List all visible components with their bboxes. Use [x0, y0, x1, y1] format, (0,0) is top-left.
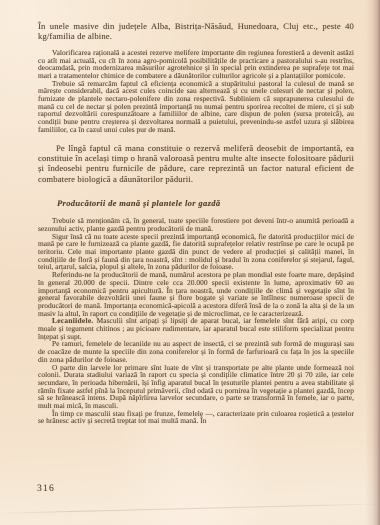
body-paragraph: Valorificarea rațională a acestei rezerv…: [38, 49, 354, 80]
body-paragraph: Trebuie să remarcăm faptul că eficiența …: [38, 80, 354, 134]
section-heading: Producătorii de mană și plantele lor gaz…: [38, 198, 354, 208]
body-paragraph: În timp ce masculii stau fixați pe frunz…: [38, 410, 354, 425]
body-paragraph: Sigur însă că nu toate aceste specii pre…: [38, 233, 354, 272]
body-paragraph-emphasis: Pe lîngă faptul că mana constituie o rez…: [38, 143, 354, 185]
page-number: 316: [37, 483, 55, 494]
text-block: În unele masive din județele Alba, Bistr…: [38, 21, 354, 425]
page-edge-shadow: [365, 0, 380, 525]
book-page: În unele masive din județele Alba, Bistr…: [0, 0, 380, 525]
body-paragraph: Trebuie să menționăm că, în general, toa…: [38, 217, 354, 232]
body-paragraph-lecaniidele: Lecaniidele. Masculii sînt aripați și li…: [38, 317, 354, 340]
body-paragraph: Pe ramuri, femelele de lecaniide nu au a…: [38, 340, 354, 363]
body-paragraph: O parte din larvele lor primare sînt lua…: [38, 364, 354, 410]
body-paragraph: Referindu-ne la producătorii de mană, nu…: [38, 271, 354, 317]
page-fold-line: [0, 503, 380, 514]
paragraph-continuation: În unele masive din județele Alba, Bistr…: [38, 21, 354, 42]
